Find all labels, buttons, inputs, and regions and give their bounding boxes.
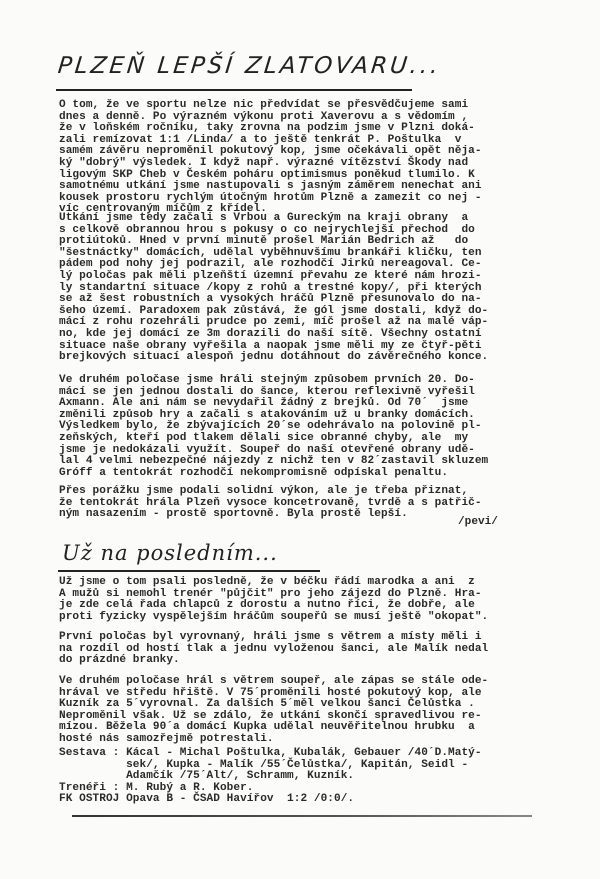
article-2-paragraph: První poločas byl vyrovnaný, hráli jsme … — [59, 632, 488, 667]
article-2-title: Už na posledním... — [62, 541, 278, 565]
article-2-paragraph: Ve druhém poločase hrál s větrem soupeř,… — [59, 676, 488, 746]
end-rule — [72, 815, 532, 817]
article-1-paragraph: Přes porážku jsme podali solidní výkon, … — [59, 486, 482, 521]
article-1-title: PLZEŇ LEPŠÍ ZLATOVARU... — [57, 53, 443, 79]
title-underline — [58, 570, 320, 572]
article-1-paragraph: Ve druhém poločase jsme hráli stejným zp… — [59, 375, 488, 479]
article-1-paragraph: O tom, že ve sportu nelze nic předvídat … — [59, 100, 482, 216]
article-2-paragraph: Už jsme o tom psali posledně, že v béčku… — [59, 577, 488, 623]
lineup-and-result: Sestava : Kácal - Michal Poštulka, Kubal… — [59, 748, 482, 806]
document-page: PLZEŇ LEPŠÍ ZLATOVARU... O tom, že ve sp… — [0, 0, 600, 879]
article-1-paragraph: Utkání jsme tedy začali s Vrbou a Gureck… — [59, 213, 488, 364]
author-signature: /pevi/ — [458, 516, 498, 528]
title-underline — [56, 89, 412, 91]
